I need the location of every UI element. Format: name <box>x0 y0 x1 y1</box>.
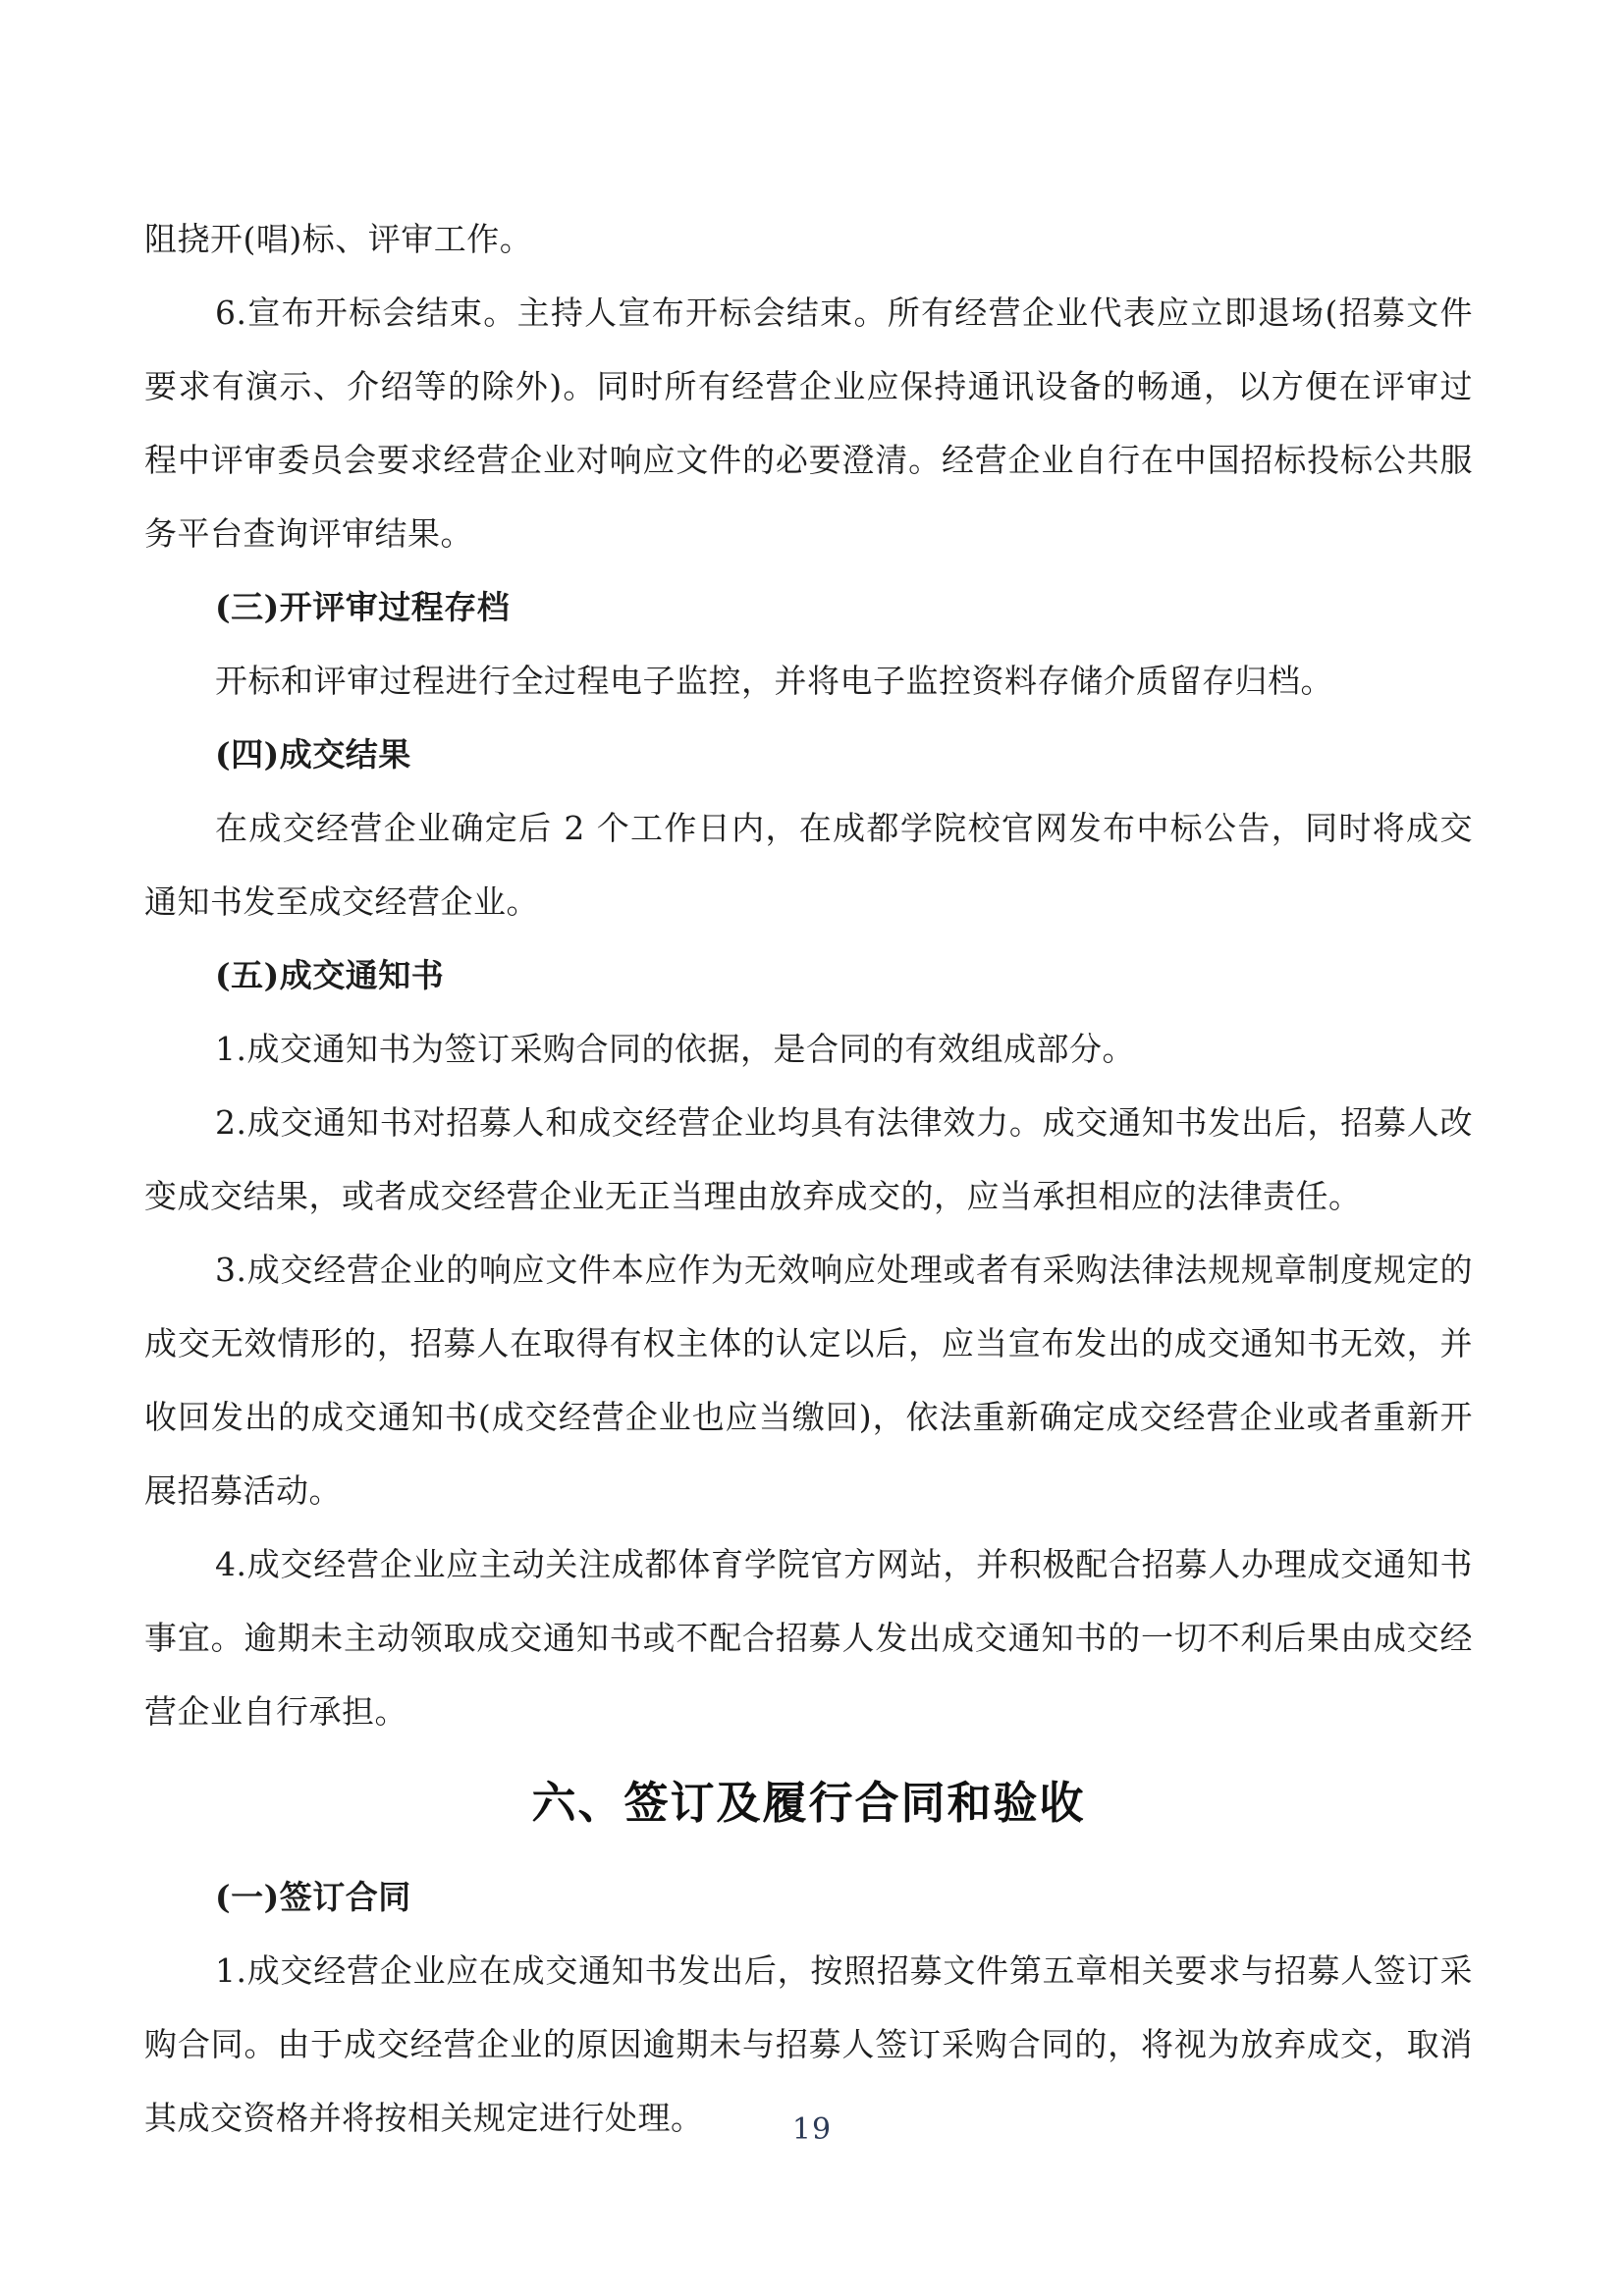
paragraph: 在成交经营企业确定后 2 个工作日内，在成都学院校官网发布中标公告，同时将成交通… <box>144 791 1473 938</box>
section-heading: (一)签订合同 <box>144 1860 1473 1934</box>
page-footer: 19 <box>0 2112 1624 2147</box>
document-page: 阻挠开(唱)标、评审工作。6.宣布开标会结束。主持人宣布开标会结束。所有经营企业… <box>0 0 1624 2296</box>
paragraph: 2.成交通知书对招募人和成交经营企业均具有法律效力。成交通知书发出后，招募人改变… <box>144 1086 1473 1233</box>
paragraph: 4.成交经营企业应主动关注成都体育学院官方网站，并积极配合招募人办理成交通知书事… <box>144 1527 1473 1748</box>
section-heading: (五)成交通知书 <box>144 938 1473 1012</box>
page-number: 19 <box>792 2112 832 2147</box>
chapter-heading: 六、签订及履行合同和验收 <box>144 1756 1473 1850</box>
paragraph: 3.成交经营企业的响应文件本应作为无效响应处理或者有采购法律法规规章制度规定的成… <box>144 1233 1473 1527</box>
paragraph: 1.成交通知书为签订采购合同的依据，是合同的有效组成部分。 <box>144 1012 1473 1086</box>
paragraph: 开标和评审过程进行全过程电子监控，并将电子监控资料存储介质留存归档。 <box>144 644 1473 718</box>
document-body: 阻挠开(唱)标、评审工作。6.宣布开标会结束。主持人宣布开标会结束。所有经营企业… <box>144 202 1473 2155</box>
section-heading: (三)开评审过程存档 <box>144 570 1473 644</box>
section-heading: (四)成交结果 <box>144 718 1473 791</box>
paragraph: 6.宣布开标会结束。主持人宣布开标会结束。所有经营企业代表应立即退场(招募文件要… <box>144 276 1473 570</box>
paragraph-continued: 阻挠开(唱)标、评审工作。 <box>144 202 1473 276</box>
